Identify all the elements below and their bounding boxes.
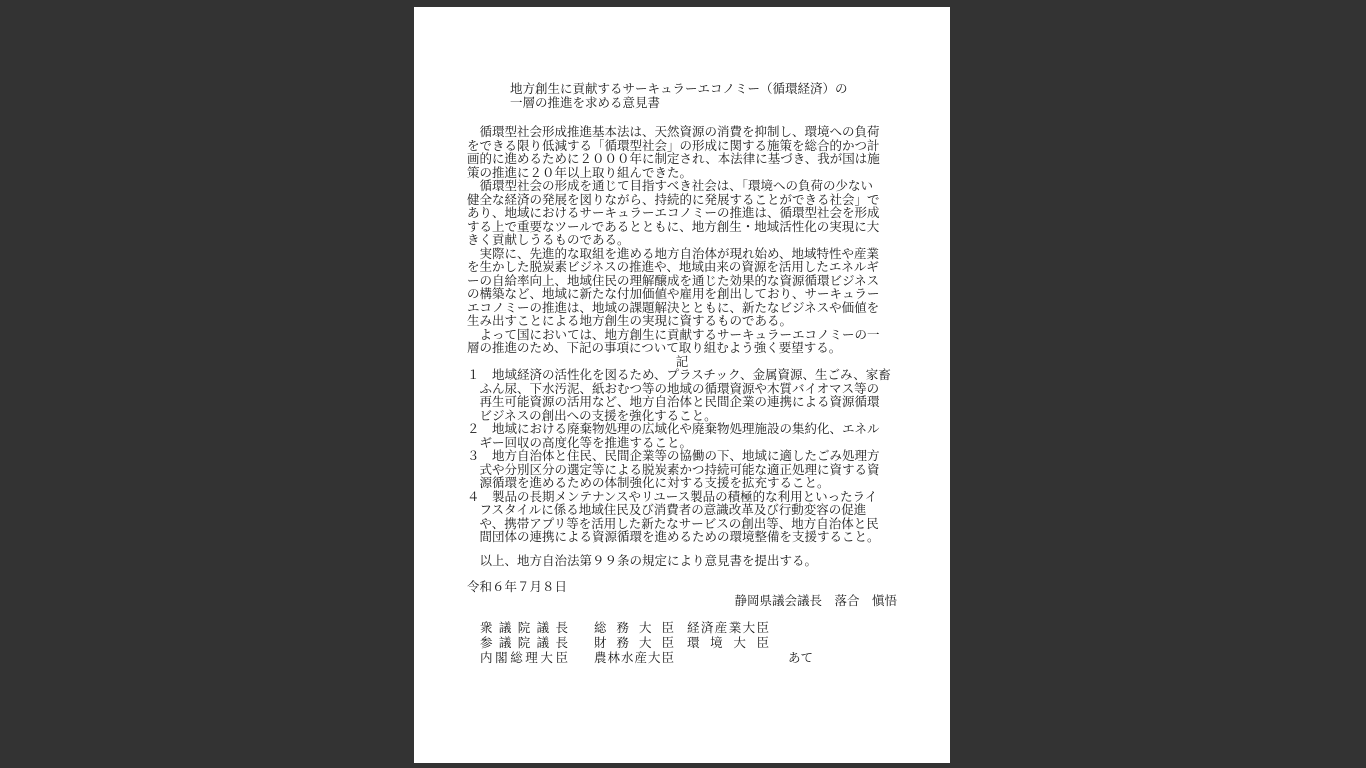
text-line: ２ 地域における廃棄物処理の広域化や廃棄物処理施設の集約化、エネル — [467, 423, 897, 437]
date-line: 令和６年７月８日 — [467, 581, 897, 595]
signature-line: 静岡県議会議長 落合 愼悟 — [467, 595, 897, 609]
addressee-row: 参議院議長財務大臣環境大臣 — [480, 636, 897, 651]
addressee-name: 衆議院議長 — [480, 621, 568, 636]
text-line: 実際に、先進的な取組を進める地方自治体が現れ始め、地域特性や産業 — [467, 248, 897, 262]
text-line: １ 地域経済の活性化を図るため、プラスチック、金属資源、生ごみ、家畜 — [467, 369, 897, 383]
text-line: エコノミーの推進は、地域の課題解決とともに、新たなビジネスや価値を — [467, 302, 897, 316]
text-line: ビジネスの創出への支援を強化すること。 — [467, 410, 897, 424]
text-line: する上で重要なツールであるとともに、地方創生・地域活性化の実現に大 — [467, 221, 897, 235]
document-title: 地方創生に貢献するサーキュラーエコノミー（循環経済）の一層の推進を求める意見書 — [510, 83, 897, 110]
text-line: きく貢献しうるものである。 — [467, 234, 897, 248]
addressee-row: 内閣総理大臣農林水産大臣あて — [480, 651, 897, 666]
addressee-name: 財務大臣 — [594, 636, 674, 651]
text-line: ふん尿、下水汚泥、紙おむつ等の地域の循環資源や木質バイオマス等の — [467, 383, 897, 397]
text-line: 生み出すことによる地方創生の実現に資するものである。 — [467, 315, 897, 329]
pdf-viewer-background: 地方創生に貢献するサーキュラーエコノミー（循環経済）の一層の推進を求める意見書 … — [0, 0, 1366, 768]
addressee-row: 衆議院議長総務大臣経済産業大臣 — [480, 621, 897, 636]
document-body-paragraphs: 循環型社会形成推進基本法は、天然資源の消費を抑制し、環境への負荷をできる限り低減… — [467, 126, 897, 356]
addressee-name: 農林水産大臣 — [594, 651, 674, 666]
text-line: や、携帯アプリ等を活用した新たなサービスの創出等、地方自治体と民 — [467, 518, 897, 532]
addressee-name: 参議院議長 — [480, 636, 568, 651]
text-line: の構築など、地域に新たな付加価値や雇用を創出しており、サーキュラー — [467, 288, 897, 302]
text-line: 循環型社会形成推進基本法は、天然資源の消費を抑制し、環境への負荷 — [467, 126, 897, 140]
addressee-block: 衆議院議長総務大臣経済産業大臣参議院議長財務大臣環境大臣内閣総理大臣農林水産大臣… — [480, 621, 897, 666]
text-line: ギー回収の高度化等を推進すること。 — [467, 437, 897, 451]
addressee-name: 総務大臣 — [594, 621, 674, 636]
addressee-name: 環境大臣 — [687, 636, 769, 651]
text-line: 再生可能資源の活用など、地方自治体と民間企業の連携による資源循環 — [467, 396, 897, 410]
text-line: 循環型社会の形成を通じて目指すべき社会は、「環境への負荷の少ない — [467, 180, 897, 194]
document-content: 地方創生に貢献するサーキュラーエコノミー（循環経済）の一層の推進を求める意見書 … — [467, 83, 897, 666]
document-numbered-items: １ 地域経済の活性化を図るため、プラスチック、金属資源、生ごみ、家畜 ふん尿、下… — [467, 369, 897, 545]
text-line: ３ 地方自治体と住民、民間企業等の協働の下、地域に適したごみ処理方 — [467, 450, 897, 464]
text-line: 画的に進めるために２０００年に制定され、本法律に基づき、我が国は施 — [467, 153, 897, 167]
text-line: 式や分別区分の選定等による脱炭素かつ持続可能な適正処理に資する資 — [467, 464, 897, 478]
addressee-name: 経済産業大臣 — [687, 621, 769, 636]
text-line: をできる限り低減する「循環型社会」の形成に関する施策を総合的かつ計 — [467, 140, 897, 154]
text-line: 地方創生に貢献するサーキュラーエコノミー（循環経済）の — [510, 83, 897, 97]
text-line: ４ 製品の長期メンテナンスやリユース製品の積極的な利用といったライ — [467, 491, 897, 505]
text-line: 健全な経済の発展を図りながら、持続的に発展することができる社会」で — [467, 194, 897, 208]
text-line: 間団体の連携による資源循環を進めるための環境整備を支援すること。 — [467, 531, 897, 545]
text-line: よって国においては、地方創生に貢献するサーキュラーエコノミーの一 — [467, 329, 897, 343]
closing-line: 以上、地方自治法第９９条の規定により意見書を提出する。 — [467, 555, 897, 569]
text-line: 層の推進のため、下記の事項について取り組むよう強く要望する。 — [467, 342, 897, 356]
text-line: あり、地域におけるサーキュラーエコノミーの推進は、循環型社会を形成 — [467, 207, 897, 221]
text-line: を生かした脱炭素ビジネスの推進や、地域由来の資源を活用したエネルギ — [467, 261, 897, 275]
ki-heading: 記 — [467, 356, 897, 370]
text-line: 一層の推進を求める意見書 — [510, 97, 897, 111]
text-line: ーの自給率向上、地域住民の理解醸成を通じた効果的な資源循環ビジネス — [467, 275, 897, 289]
text-line: フスタイルに係る地域住民及び消費者の意識改革及び行動変容の促進 — [467, 504, 897, 518]
text-line: 源循環を進めるための体制強化に対する支援を拡充すること。 — [467, 477, 897, 491]
document-page[interactable]: 地方創生に貢献するサーキュラーエコノミー（循環経済）の一層の推進を求める意見書 … — [414, 7, 950, 763]
text-line: 策の推進に２０年以上取り組んできた。 — [467, 167, 897, 181]
addressee-name: 内閣総理大臣 — [480, 651, 568, 666]
addressee-suffix: あて — [788, 651, 813, 666]
